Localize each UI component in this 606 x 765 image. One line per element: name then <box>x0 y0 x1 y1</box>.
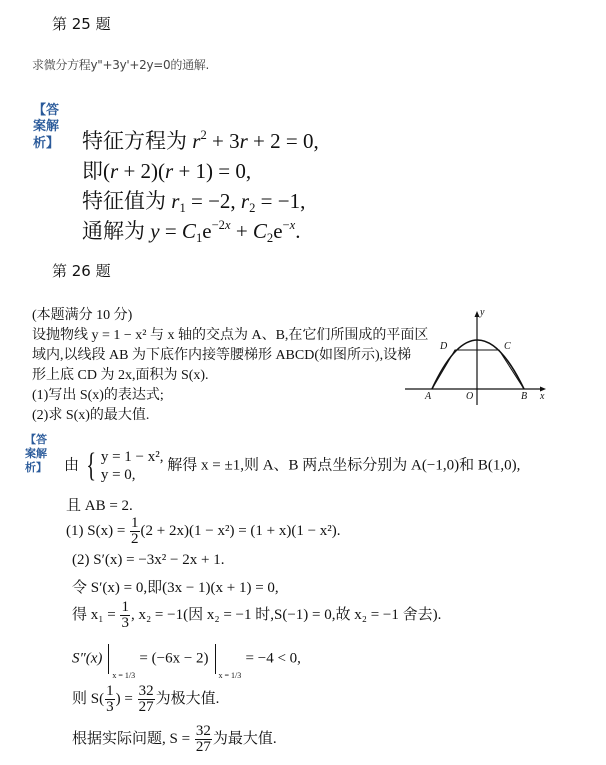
evaluation-bar: x = 1/3 <box>108 644 139 674</box>
evaluation-bar: x = 1/3 <box>215 644 246 674</box>
solution-line-9: 根据实际问题, S = 3227为最大值. <box>72 724 277 755</box>
point-d-label: D <box>440 341 447 352</box>
question-26-title: 第 26 题 <box>52 260 111 281</box>
solution-text: 则 S( <box>72 691 104 707</box>
system-equation: y = 0, <box>101 466 164 484</box>
solution-text: 特征值为 <box>82 189 171 213</box>
fraction: 12 <box>130 516 140 547</box>
problem-text: 形上底 CD 为 2x,面积为 S(x). <box>32 366 428 386</box>
score-note: (本题满分 10 分) <box>32 306 428 326</box>
solution-line-2: 且 AB = 2. <box>66 494 133 515</box>
solution-text: (2 + 2x)(1 − x²) = (1 + x)(1 − x²). <box>141 523 341 539</box>
question-25-prompt: 求微分方程y"+3y'+2y=0的通解. <box>32 56 209 73</box>
answer-tag-line: 【答 <box>25 433 51 447</box>
answer-tag-line: 析】 <box>25 461 51 475</box>
question-26-problem: (本题满分 10 分) 设抛物线 y = 1 − x² 与 x 轴的交点为 A、… <box>32 306 428 426</box>
solution-text: , x₂ = −1(因 x₂ = −1 时,S(−1) = 0,故 x₂ = −… <box>131 607 441 623</box>
y-axis-label: y <box>480 307 484 318</box>
parabola-diagram <box>400 305 550 405</box>
answer-analysis-tag: 【答 案解 析】 <box>33 103 67 152</box>
answer-tag-line: 案解 <box>33 119 67 135</box>
numerator: 1 <box>130 516 140 532</box>
solution-line-6: 得 x₁ = 13, x₂ = −1(因 x₂ = −1 时,S(−1) = 0… <box>72 600 441 631</box>
problem-text: 域内,以线段 AB 为下底作内接等腰梯形 ABCD(如图所示),设梯 <box>32 346 428 366</box>
numerator: 32 <box>195 724 212 740</box>
solution-text: 为极大值. <box>156 691 220 707</box>
solution-line-4: (2) S′(x) = −3x² − 2x + 1. <box>72 552 224 569</box>
solution-text: 由 <box>64 457 79 473</box>
point-c-label: C <box>504 341 511 352</box>
fraction: 3227 <box>138 684 155 715</box>
equation-system: y = 1 − x², y = 0, <box>101 448 164 484</box>
answer-tag-line: 析】 <box>33 136 67 152</box>
solution-text: 根据实际问题, S = <box>72 731 194 747</box>
solution-line-7: S″(x)x = 1/3= (−6x − 2)x = 1/3= −4 < 0, <box>72 644 301 674</box>
solution-text: 通解为 <box>82 219 150 243</box>
problem-text: 设抛物线 y = 1 − x² 与 x 轴的交点为 A、B,在它们所围成的平面区 <box>32 326 428 346</box>
solution-text: 得 x₁ = <box>72 607 119 623</box>
origin-label: O <box>466 391 473 402</box>
solution-text: = −4 < 0, <box>246 650 301 666</box>
solution-line-1: 由 { y = 1 − x², y = 0, 解得 x = ±1,则 A、B 两… <box>64 448 520 484</box>
x-axis-label: x <box>540 391 544 402</box>
numerator: 32 <box>138 684 155 700</box>
solution-text: S″(x) <box>72 650 102 666</box>
numerator: 1 <box>105 684 115 700</box>
solution-text: 为最大值. <box>213 731 277 747</box>
denominator: 27 <box>138 700 155 715</box>
solution-text: 解得 x = ±1,则 A、B 两点坐标分别为 A(−1,0)和 B(1,0), <box>167 457 520 473</box>
answer-tag-line: 【答 <box>33 103 67 119</box>
point-b-label: B <box>521 391 527 402</box>
parabola-trapezoid-figure: y D C A O B x <box>400 305 550 405</box>
denominator: 27 <box>195 740 212 755</box>
solution-text: = (−6x − 2) <box>139 650 208 666</box>
solution-line: 特征值为 r1 = −2, r2 = −1, <box>82 186 319 216</box>
solution-line-5: 令 S′(x) = 0,即(3x − 1)(x + 1) = 0, <box>72 576 279 597</box>
fraction: 3227 <box>195 724 212 755</box>
denominator: 2 <box>130 532 140 547</box>
solution-line-8: 则 S(13) = 3227为极大值. <box>72 684 219 715</box>
solution-line: 即(r + 2)(r + 1) = 0, <box>82 156 319 186</box>
answer-analysis-tag: 【答 案解 析】 <box>25 433 51 474</box>
problem-part-1: (1)写出 S(x)的表达式; <box>32 386 428 406</box>
point-a-label: A <box>425 391 431 402</box>
question-25-title: 第 25 题 <box>52 13 111 34</box>
solution-line: 通解为 y = C1e−2x + C2e−x. <box>82 216 319 246</box>
system-equation: y = 1 − x², <box>101 448 164 466</box>
solution-line-3: (1) S(x) = 12(2 + 2x)(1 − x²) = (1 + x)(… <box>66 516 341 547</box>
solution-text: 特征方程为 <box>82 129 192 153</box>
answer-tag-line: 案解 <box>25 447 51 461</box>
fraction: 13 <box>105 684 115 715</box>
fraction: 13 <box>120 600 130 631</box>
evaluation-condition: x = 1/3 <box>112 671 135 680</box>
numerator: 1 <box>120 600 130 616</box>
solution-line: 特征方程为 r2 + 3r + 2 = 0, <box>82 126 319 156</box>
problem-part-2: (2)求 S(x)的最大值. <box>32 406 428 426</box>
solution-text: 即 <box>82 159 103 183</box>
denominator: 3 <box>105 700 115 715</box>
brace-symbol: { <box>86 449 96 483</box>
solution-text: (1) S(x) = <box>66 523 129 539</box>
solution-text: ) = <box>116 691 137 707</box>
evaluation-condition: x = 1/3 <box>219 671 242 680</box>
denominator: 3 <box>120 616 130 631</box>
question-25-solution: 特征方程为 r2 + 3r + 2 = 0, 即(r + 2)(r + 1) =… <box>82 126 319 246</box>
